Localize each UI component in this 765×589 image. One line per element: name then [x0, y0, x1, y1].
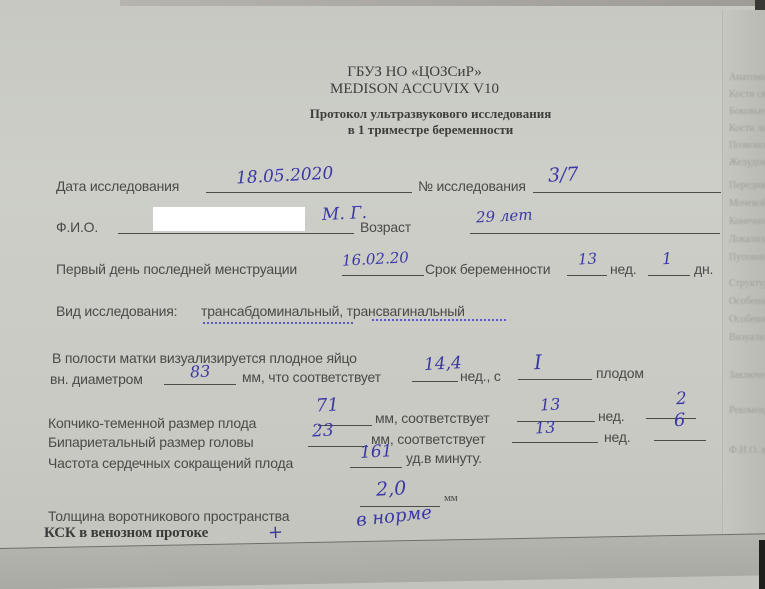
study-number-line [533, 192, 721, 193]
crl-days-value[interactable]: 2 [675, 389, 687, 410]
study-date-value[interactable]: 18.05.2020 [236, 163, 334, 188]
sac-weeks-line [412, 381, 458, 382]
document-photo: Анатомия плода Кости свода черепа Боковы… [0, 0, 765, 589]
sac-weeks-value[interactable]: 14,4 [424, 353, 463, 375]
ghost-text: Желудок [729, 157, 765, 168]
ghost-text: Пуповина [729, 252, 765, 263]
sac-diameter-line [164, 384, 236, 385]
age-label: Возраст [360, 219, 411, 235]
sac-diameter-label: вн. диаметром [50, 371, 143, 387]
ghost-text: Конечности [729, 216, 765, 227]
bpd-label: Бипариетальный размер головы [48, 434, 254, 450]
study-type-label: Вид исследования: [56, 303, 177, 319]
nuchal-unit: мм [444, 492, 458, 504]
crl-weeks-line [517, 421, 595, 422]
sac-weeks-unit: нед., с [460, 368, 501, 384]
ghost-text: Структура хориона [729, 278, 765, 289]
term-weeks-unit: нед. [610, 261, 636, 277]
full-name-label: Ф.И.О. [56, 219, 98, 235]
crl-weeks-value[interactable]: 13 [540, 394, 561, 414]
protocol-subtitle: в 1 триместре беременности [48, 122, 765, 138]
ductus-venosus-label: КСК в венозном протоке [44, 525, 208, 542]
ghost-text: Локализация хориона [729, 234, 765, 245]
bpd-weeks-value[interactable]: 13 [535, 417, 556, 437]
bpd-weeks-line [512, 442, 598, 443]
nuchal-value[interactable]: 2,0 [375, 477, 406, 501]
last-period-line [342, 275, 424, 276]
underline-mark [203, 318, 353, 324]
bpd-days-line [654, 440, 706, 441]
last-period-value[interactable]: 16.02.20 [342, 248, 410, 269]
underline-mark [372, 315, 506, 321]
protocol-title: Протокол ультразвукового исследования [48, 106, 765, 122]
heart-rate-line [350, 467, 402, 468]
crl-unit: мм, соответствует [375, 410, 489, 426]
fetus-count-line [518, 379, 592, 380]
full-name-line [118, 233, 354, 234]
study-number-value[interactable]: 3/7 [547, 163, 579, 187]
term-weeks-value[interactable]: 13 [578, 250, 598, 269]
ghost-text: Передняя брюшная [729, 180, 765, 191]
nuchal-label: Толщина воротникового пространства [48, 508, 289, 524]
heart-rate-label: Частота сердечных сокращений плода [48, 455, 293, 471]
term-days-line [648, 275, 690, 276]
study-date-label: Дата исследования [56, 178, 179, 194]
age-line [470, 233, 720, 234]
term-days-value[interactable]: 1 [662, 249, 673, 269]
fetus-count-unit: плодом [596, 365, 644, 381]
crl-weeks-unit: нед. [598, 408, 624, 424]
bpd-days-value[interactable]: 6 [673, 410, 686, 432]
term-weeks-line [567, 275, 607, 276]
sac-diameter-unit: мм, что соответствует [242, 369, 381, 385]
device-name: MEDISON ACCUVIX V10 [32, 81, 765, 98]
redacted-name-box [153, 207, 305, 231]
ghost-text: Рекомендации [729, 405, 765, 416]
organization-name: ГБУЗ НО «ЦОЗСиР» [32, 64, 765, 81]
ductus-venosus-value[interactable]: + [267, 522, 283, 544]
ghost-text: Визуализация [729, 332, 765, 343]
crl-label: Копчико-теменной размер плода [48, 415, 256, 431]
ghost-text: Ф.И.О. врача [729, 445, 765, 456]
heart-rate-value[interactable]: 161 [359, 441, 392, 463]
bpd-weeks-unit: нед. [604, 429, 630, 445]
ghost-text: Мочевой пузырь [729, 198, 765, 209]
ghost-text: Заключение [729, 370, 765, 381]
study-date-line [206, 192, 412, 193]
bpd-value[interactable]: 23 [311, 420, 334, 441]
sac-diameter-value[interactable]: 83 [190, 361, 211, 381]
heart-rate-unit: уд.в минуту. [406, 450, 482, 466]
background-corner [759, 540, 765, 589]
last-period-label: Первый день последней менструации [56, 261, 297, 277]
crl-days-line [646, 418, 696, 419]
crl-value[interactable]: 71 [315, 394, 339, 416]
pregnancy-term-label: Срок беременности [425, 261, 550, 277]
term-days-unit: дн. [694, 261, 713, 277]
ghost-text: Особенности при [729, 314, 765, 325]
age-value[interactable]: 29 лет [476, 206, 533, 227]
ghost-text: Особенности [729, 296, 765, 307]
ghost-text: Позвоночник [729, 140, 765, 151]
study-number-label: № исследования [418, 178, 526, 194]
fetus-count-value[interactable]: I [533, 350, 542, 374]
paper-top-edge [120, 0, 760, 6]
